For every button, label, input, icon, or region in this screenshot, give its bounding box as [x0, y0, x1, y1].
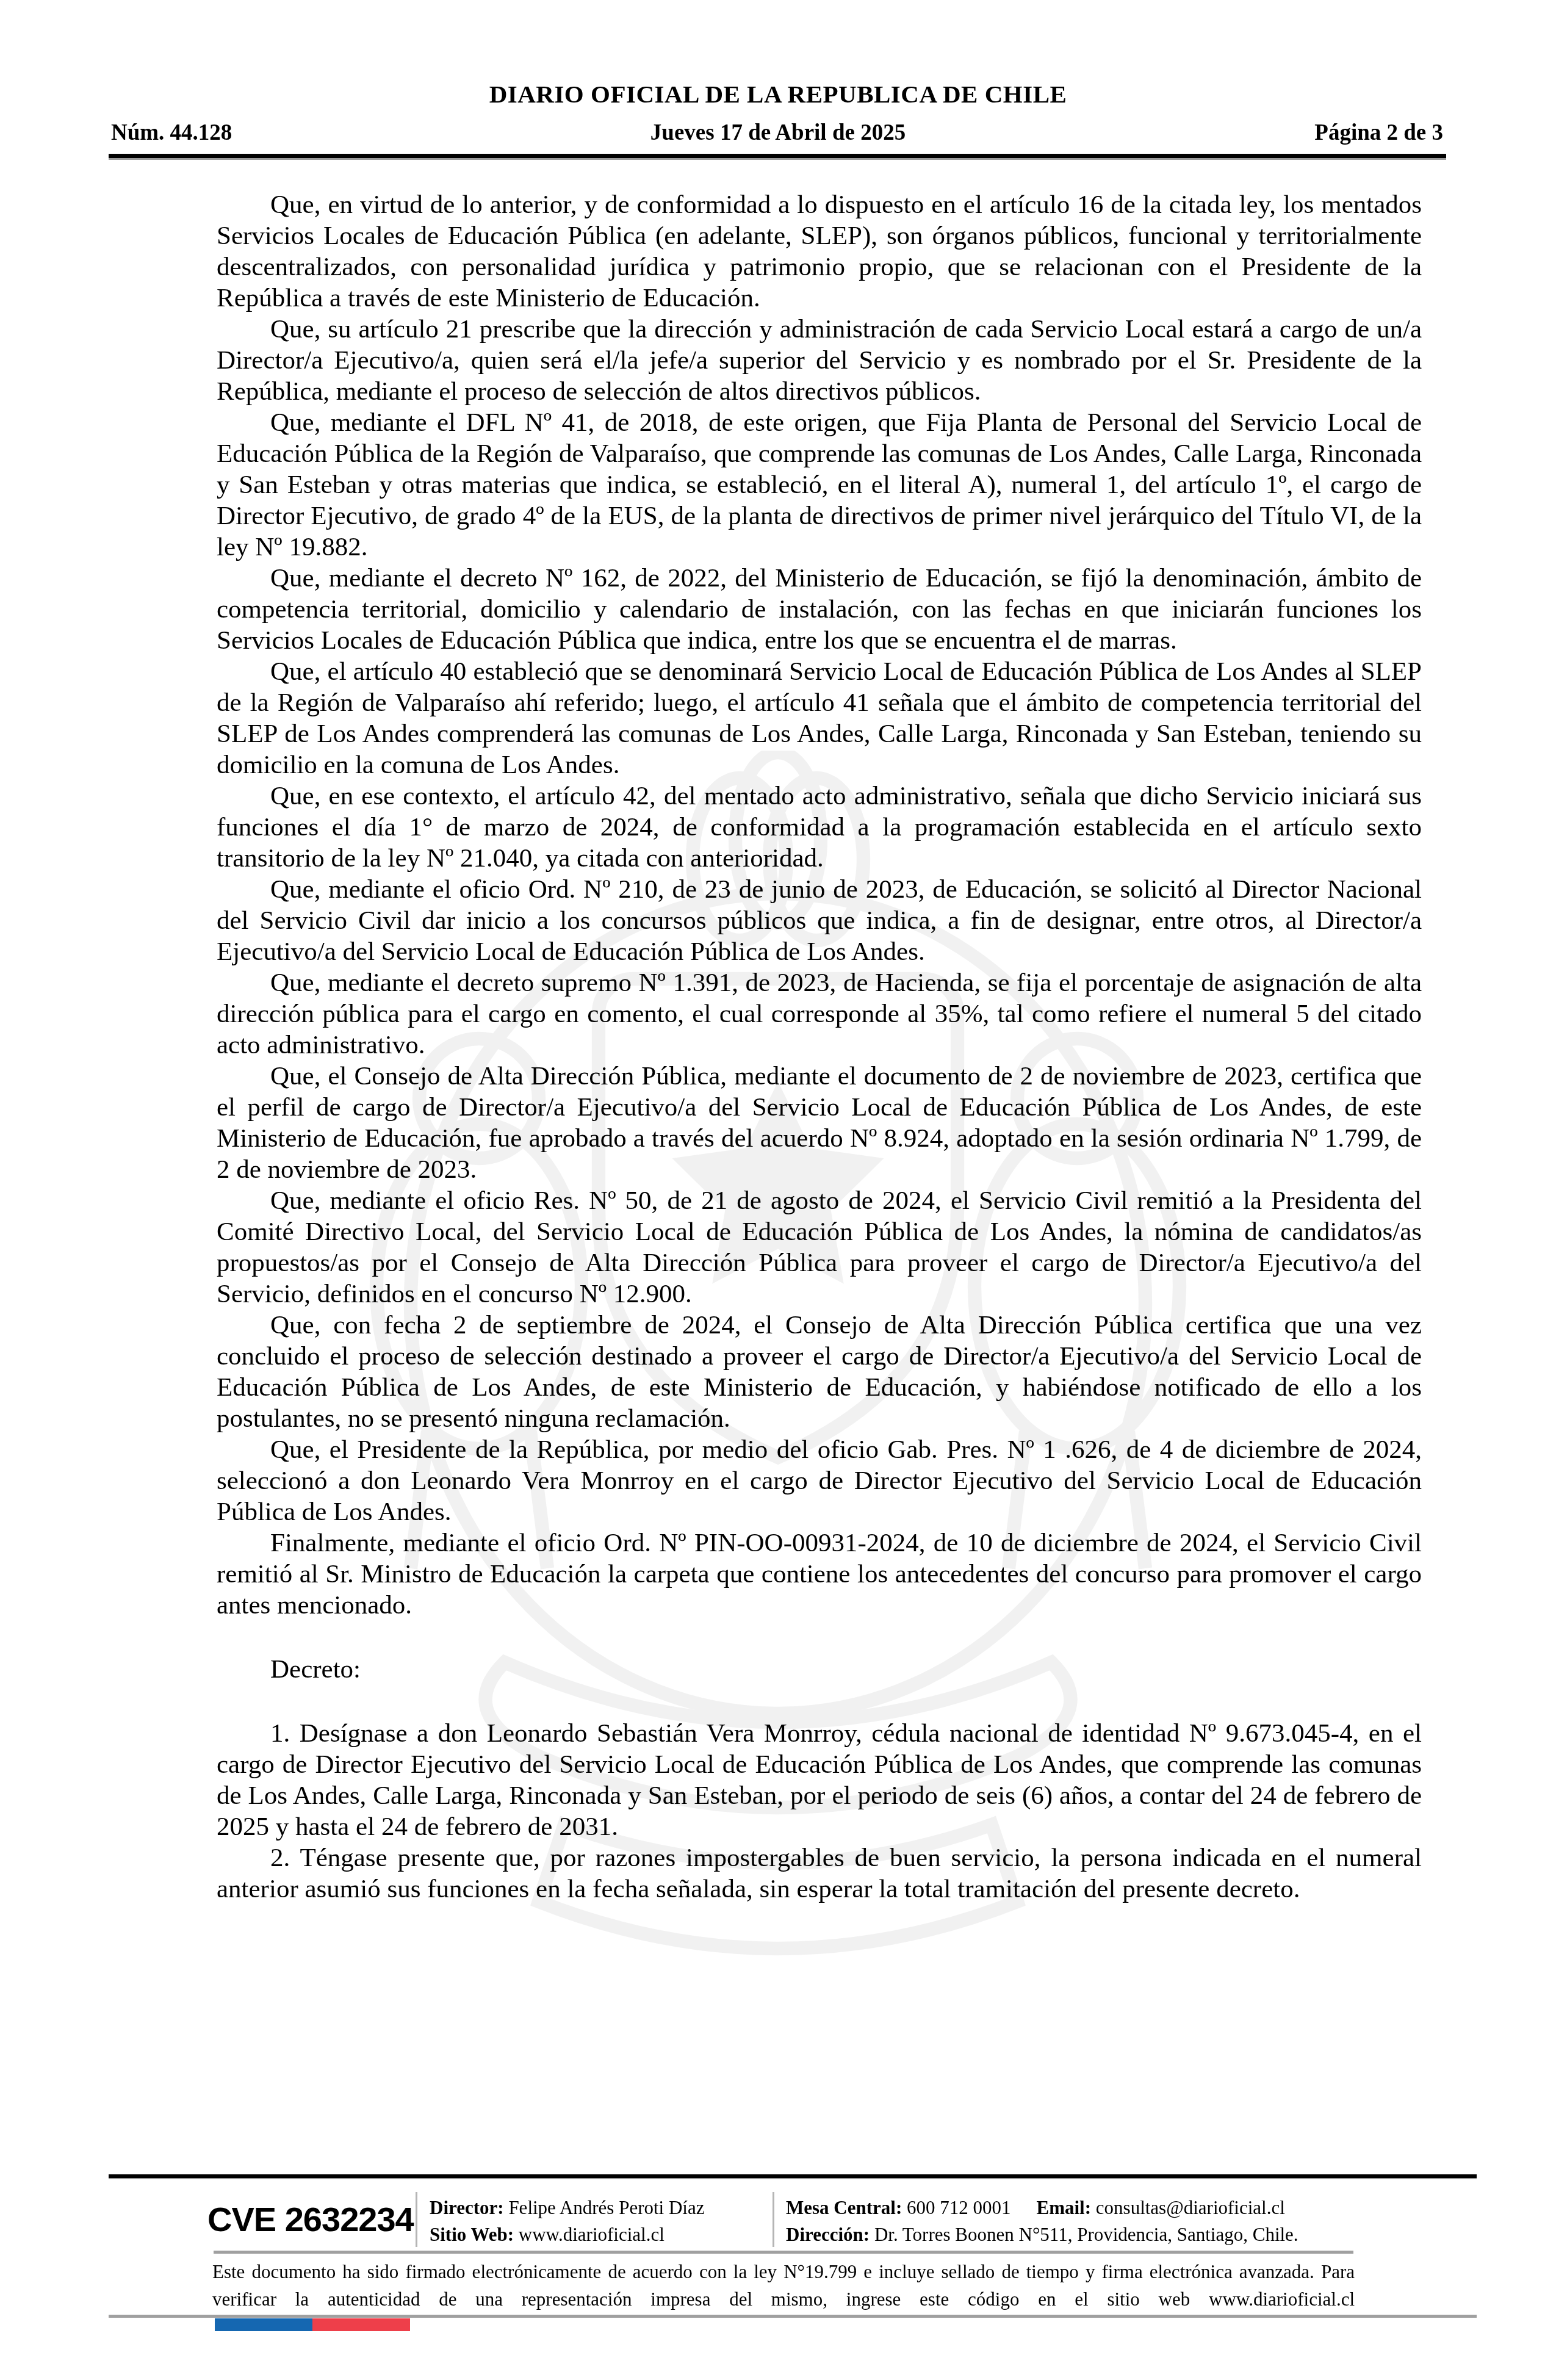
gazette-title: DIARIO OFICIAL DE LA REPUBLICA DE CHILE	[0, 79, 1556, 109]
recital-paragraph: Que, mediante el oficio Res. Nº 50, de 2…	[217, 1185, 1422, 1310]
decree-items: 1. Desígnase a don Leonardo Sebastián Ve…	[217, 1718, 1422, 1905]
director-label: Director:	[430, 2197, 504, 2218]
decree-label: Decreto:	[217, 1654, 1422, 1685]
recital-paragraph: Que, mediante el decreto supremo Nº 1.39…	[217, 967, 1422, 1061]
flag-red-segment	[312, 2318, 410, 2331]
footer-divider	[773, 2192, 774, 2247]
header-rule	[109, 154, 1446, 160]
recital-paragraph: Finalmente, mediante el oficio Ord. Nº P…	[217, 1527, 1422, 1621]
recital-paragraph: Que, mediante el oficio Ord. Nº 210, de …	[217, 874, 1422, 967]
recital-paragraph: Que, en ese contexto, el artículo 42, de…	[217, 781, 1422, 874]
bottom-rule	[109, 2315, 1477, 2318]
footer-divider	[416, 2192, 417, 2247]
sitio-web-line: Sitio Web: www.diarioficial.cl	[430, 2221, 771, 2248]
email-label: Email:	[1037, 2197, 1092, 2218]
recital-paragraph: Que, en virtud de lo anterior, y de conf…	[217, 189, 1422, 314]
chile-government-flag	[215, 2318, 410, 2331]
recitals: Que, en virtud de lo anterior, y de conf…	[217, 189, 1422, 1621]
decree-text: Que, en virtud de lo anterior, y de conf…	[217, 189, 1422, 1905]
direccion-label: Dirección:	[786, 2224, 870, 2245]
flag-blue-segment	[215, 2318, 312, 2331]
mesa-central-value: 600 712 0001	[907, 2197, 1011, 2218]
director-value: Felipe Andrés Peroti Díaz	[508, 2197, 704, 2218]
recital-paragraph: Que, mediante el decreto Nº 162, de 2022…	[217, 563, 1422, 656]
signature-notice: Este documento ha sido firmado electróni…	[212, 2258, 1355, 2313]
recital-paragraph: Que, mediante el DFL Nº 41, de 2018, de …	[217, 407, 1422, 563]
sitio-web-value: www.diarioficial.cl	[519, 2224, 665, 2245]
recital-paragraph: Que, con fecha 2 de septiembre de 2024, …	[217, 1310, 1422, 1434]
decree-item: 1. Desígnase a don Leonardo Sebastián Ve…	[217, 1718, 1422, 1842]
footer-contact-block: Mesa Central: 600 712 0001Email: consult…	[786, 2194, 1396, 2248]
direccion-line: Dirección: Dr. Torres Boonen N°511, Prov…	[786, 2221, 1396, 2248]
mesa-central-label: Mesa Central:	[786, 2197, 902, 2218]
page-indicator: Página 2 de 3	[1314, 120, 1443, 146]
decree-item: 2. Téngase presente que, por razones imp…	[217, 1842, 1422, 1905]
director-line: Director: Felipe Andrés Peroti Díaz	[430, 2194, 771, 2221]
recital-paragraph: Que, su artículo 21 prescribe que la dir…	[217, 314, 1422, 407]
recital-paragraph: Que, el artículo 40 estableció que se de…	[217, 656, 1422, 781]
recital-paragraph: Que, el Consejo de Alta Dirección Públic…	[217, 1061, 1422, 1185]
gazette-page: DIARIO OFICIAL DE LA REPUBLICA DE CHILE …	[0, 0, 1556, 2380]
mesa-central-line: Mesa Central: 600 712 0001Email: consult…	[786, 2194, 1396, 2221]
direccion-value: Dr. Torres Boonen N°511, Providencia, Sa…	[874, 2224, 1298, 2245]
cve-code: CVE 2632234	[207, 2199, 414, 2239]
footer-director-block: Director: Felipe Andrés Peroti Díaz Siti…	[430, 2194, 771, 2248]
footer-top-rule	[109, 2174, 1477, 2179]
recital-paragraph: Que, el Presidente de la República, por …	[217, 1434, 1422, 1527]
footer-gray-rule	[214, 2251, 1353, 2254]
sitio-web-label: Sitio Web:	[430, 2224, 514, 2245]
email-value: consultas@diarioficial.cl	[1096, 2197, 1285, 2218]
